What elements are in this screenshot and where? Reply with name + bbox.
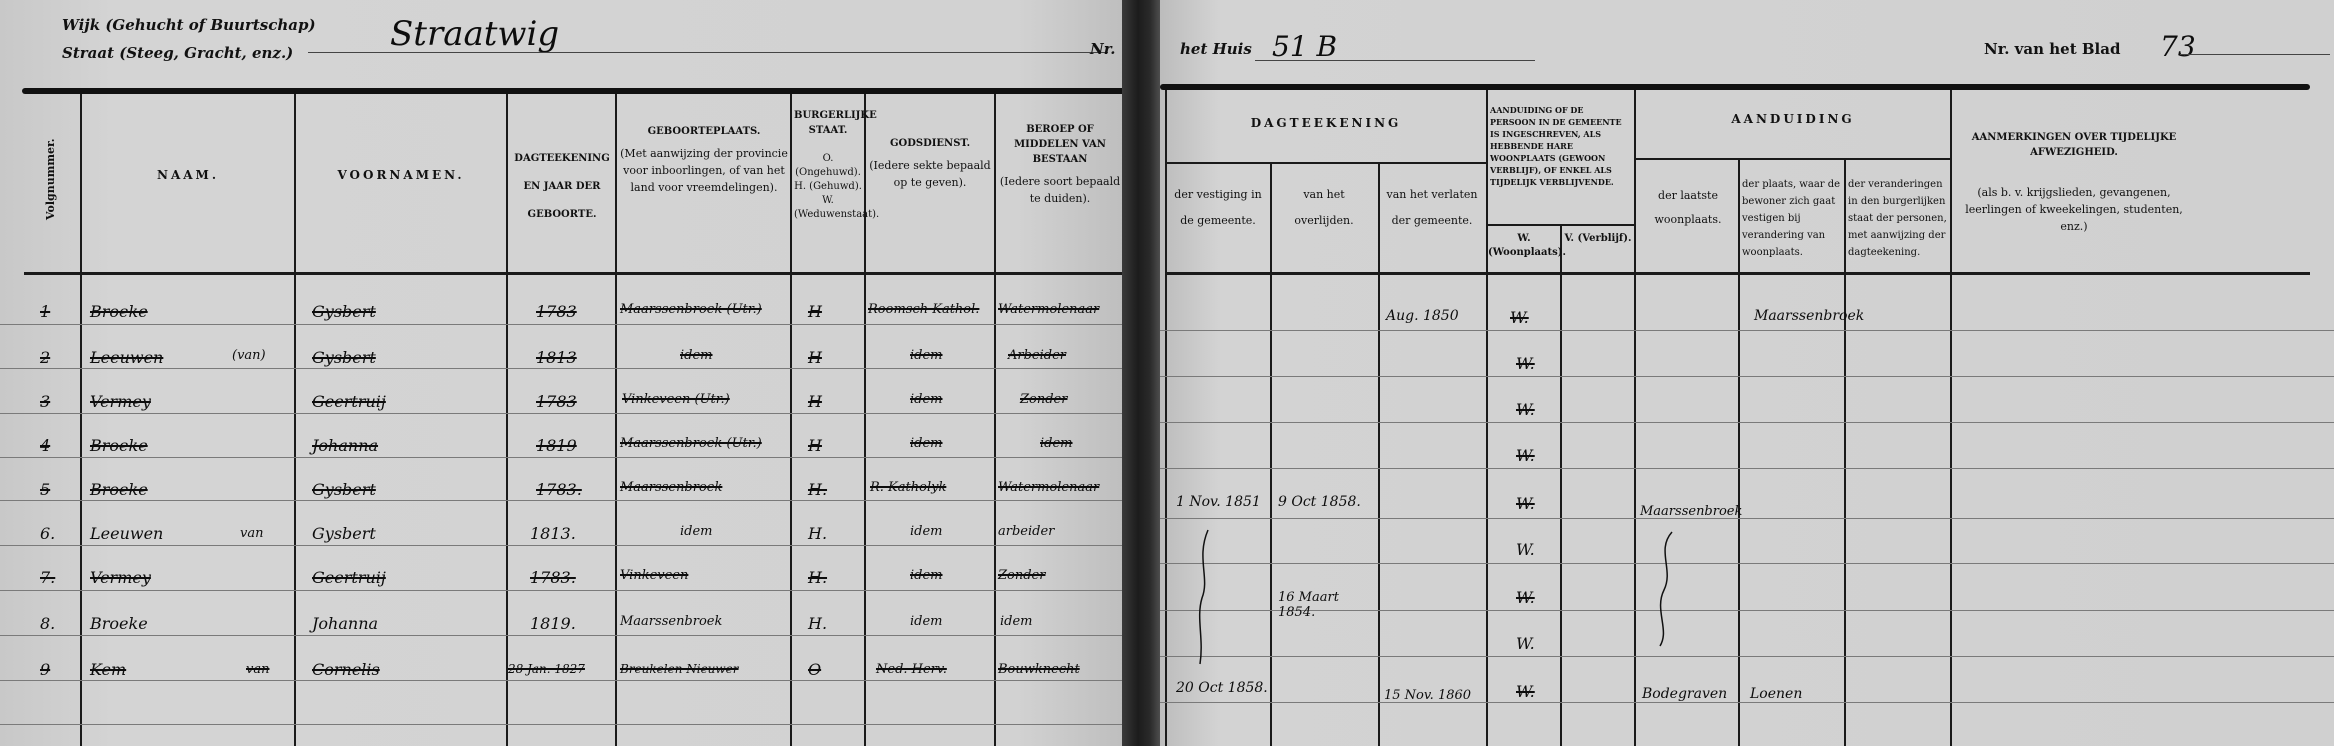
ruled-line — [0, 590, 1130, 591]
geboorteplaats-header: GEBOORTEPLAATS. (Met aanwijzing der prov… — [620, 124, 788, 196]
col-divider — [1634, 90, 1636, 746]
verlaten-entry: 15 Nov. 1860 — [1384, 688, 1471, 703]
woonplaats-header: W. (Woonplaats). — [1488, 232, 1560, 260]
vertrek-entry: Loenen — [1750, 686, 1802, 702]
wv-entry: W. — [1516, 540, 1535, 559]
huis-underline — [1255, 60, 1535, 61]
straat-value: Straatwig — [390, 14, 559, 54]
laatste-woonplaats-header: der laatste woonplaats. — [1640, 184, 1736, 232]
col-divider — [80, 94, 82, 746]
wijk-label: Wijk (Gehucht of Buurtschap) — [62, 16, 316, 34]
subheader-rule — [1636, 158, 1950, 160]
col-divider — [615, 94, 617, 746]
vestiging-header: der vestiging in de gemeente. — [1168, 182, 1268, 234]
ruled-line — [0, 413, 1130, 414]
huis-label: het Huis — [1180, 40, 1252, 58]
ruled-line — [1160, 330, 2334, 331]
col-divider — [1378, 164, 1380, 746]
ruled-line — [0, 635, 1130, 636]
vestiging-entry: 20 Oct 1858. — [1176, 680, 1268, 696]
straat-underline — [308, 52, 1108, 53]
ruled-line — [0, 680, 1130, 681]
ditto-brace-icon — [1650, 530, 1680, 650]
ruled-line — [0, 324, 1130, 325]
vertrek-entry: Maarssenbroek — [1754, 308, 1864, 324]
ruled-line — [1160, 468, 2334, 469]
huis-value: 51 B — [1272, 30, 1337, 63]
ruled-line — [1160, 656, 2334, 657]
wv-entry: W. — [1516, 400, 1535, 419]
aanduiding-header: AANDUIDING — [1636, 112, 1950, 127]
laatste-entry: Bodegraven — [1642, 686, 1727, 702]
col-divider — [864, 94, 866, 746]
col-divider — [1844, 160, 1846, 746]
col-divider — [506, 94, 508, 746]
wv-entry: W. — [1516, 446, 1535, 465]
blad-underline — [2180, 54, 2330, 55]
burgerlijke-staat-header: BURGERLIJKE STAAT. O. (Ongehuwd). H. (Ge… — [794, 108, 862, 222]
volgnummer-header: Volgnummer. — [44, 138, 57, 220]
aanmerkingen-header: AANMERKINGEN OVER TIJDELIJKE AFWEZIGHEID… — [1954, 130, 2194, 235]
vestigingsplaats-header: der plaats, waar de bewoner zich gaat ve… — [1742, 176, 1842, 261]
col-divider — [1486, 90, 1488, 746]
col-divider — [790, 94, 792, 746]
godsdienst-header: GODSDIENST. (Iedere sekte bepaald op te … — [868, 136, 992, 191]
header-bottom-rule — [24, 272, 1130, 275]
beroep-header: BEROEP OF MIDDELEN VAN BESTAAN (Iedere s… — [998, 122, 1122, 207]
voornamen-header: VOORNAMEN. — [296, 168, 506, 183]
wv-entry: W. — [1516, 494, 1535, 513]
verlaten-header: van het verlaten der gemeente. — [1380, 182, 1484, 234]
book-spine — [1122, 0, 1162, 746]
overlijden-entry: 9 Oct 1858. — [1278, 494, 1361, 510]
header-top-rule — [22, 88, 1130, 94]
dagteekening-header: DAGTEEKENING — [1166, 116, 1486, 131]
col-divider — [1560, 225, 1562, 746]
geboorte-header: DAGTEEKENING EN JAAR DER GEBOORTE. — [512, 145, 612, 229]
ruled-line — [1160, 376, 2334, 377]
ruled-line — [1160, 563, 2334, 564]
ruled-line — [1160, 702, 2334, 703]
naam-header: NAAM. — [82, 168, 294, 183]
register-right-page: het Huis 51 B Nr. van het Blad 73 DAGTEE… — [1160, 0, 2334, 746]
ruled-line — [0, 545, 1130, 546]
laatste-entry: Maarssenbroek — [1640, 504, 1742, 519]
ditto-brace-icon — [1190, 528, 1220, 668]
col-divider — [294, 94, 296, 746]
blad-label: Nr. van het Blad — [1984, 40, 2120, 58]
ruled-line — [0, 368, 1130, 369]
col-divider — [1165, 90, 1167, 746]
header-top-rule — [1160, 84, 2310, 90]
veranderingen-header: der veranderingen in den burgerlijken st… — [1848, 176, 1948, 261]
ruled-line — [0, 500, 1130, 501]
aanduiding-persoon-header: AANDUIDING OF DE PERSOON IN DE GEMEENTE … — [1490, 104, 1632, 188]
wv-entry: W. — [1510, 308, 1529, 327]
wv-entry: W. — [1516, 634, 1535, 653]
ruled-line — [0, 724, 1130, 725]
overlijden-header: van het overlijden. — [1272, 182, 1376, 234]
subheader-rule — [1488, 224, 1634, 226]
blad-value: 73 — [2160, 30, 2196, 63]
ruled-line — [1160, 518, 2334, 519]
register-left-page: Wijk (Gehucht of Buurtschap) Straat (Ste… — [0, 0, 1130, 746]
verlaten-entry: Aug. 1850 — [1386, 308, 1459, 324]
header-bottom-rule — [1166, 272, 2310, 275]
col-divider — [994, 94, 996, 746]
verblijf-header: V. (Verblijf). — [1562, 232, 1634, 246]
ruled-line — [1160, 422, 2334, 423]
vestiging-entry: 1 Nov. 1851 — [1176, 494, 1261, 510]
wv-entry: W. — [1516, 682, 1535, 701]
wv-entry: W. — [1516, 354, 1535, 373]
ruled-line — [0, 457, 1130, 458]
nr-label: Nr. — [1090, 40, 1115, 58]
col-divider — [1738, 160, 1740, 746]
overlijden-entry: 16 Maart 1854. — [1278, 590, 1368, 620]
col-divider — [1270, 164, 1272, 746]
col-divider — [1950, 90, 1952, 746]
subheader-rule — [1166, 162, 1486, 164]
straat-label: Straat (Steeg, Gracht, enz.) — [62, 44, 293, 62]
wv-entry: W. — [1516, 588, 1535, 607]
